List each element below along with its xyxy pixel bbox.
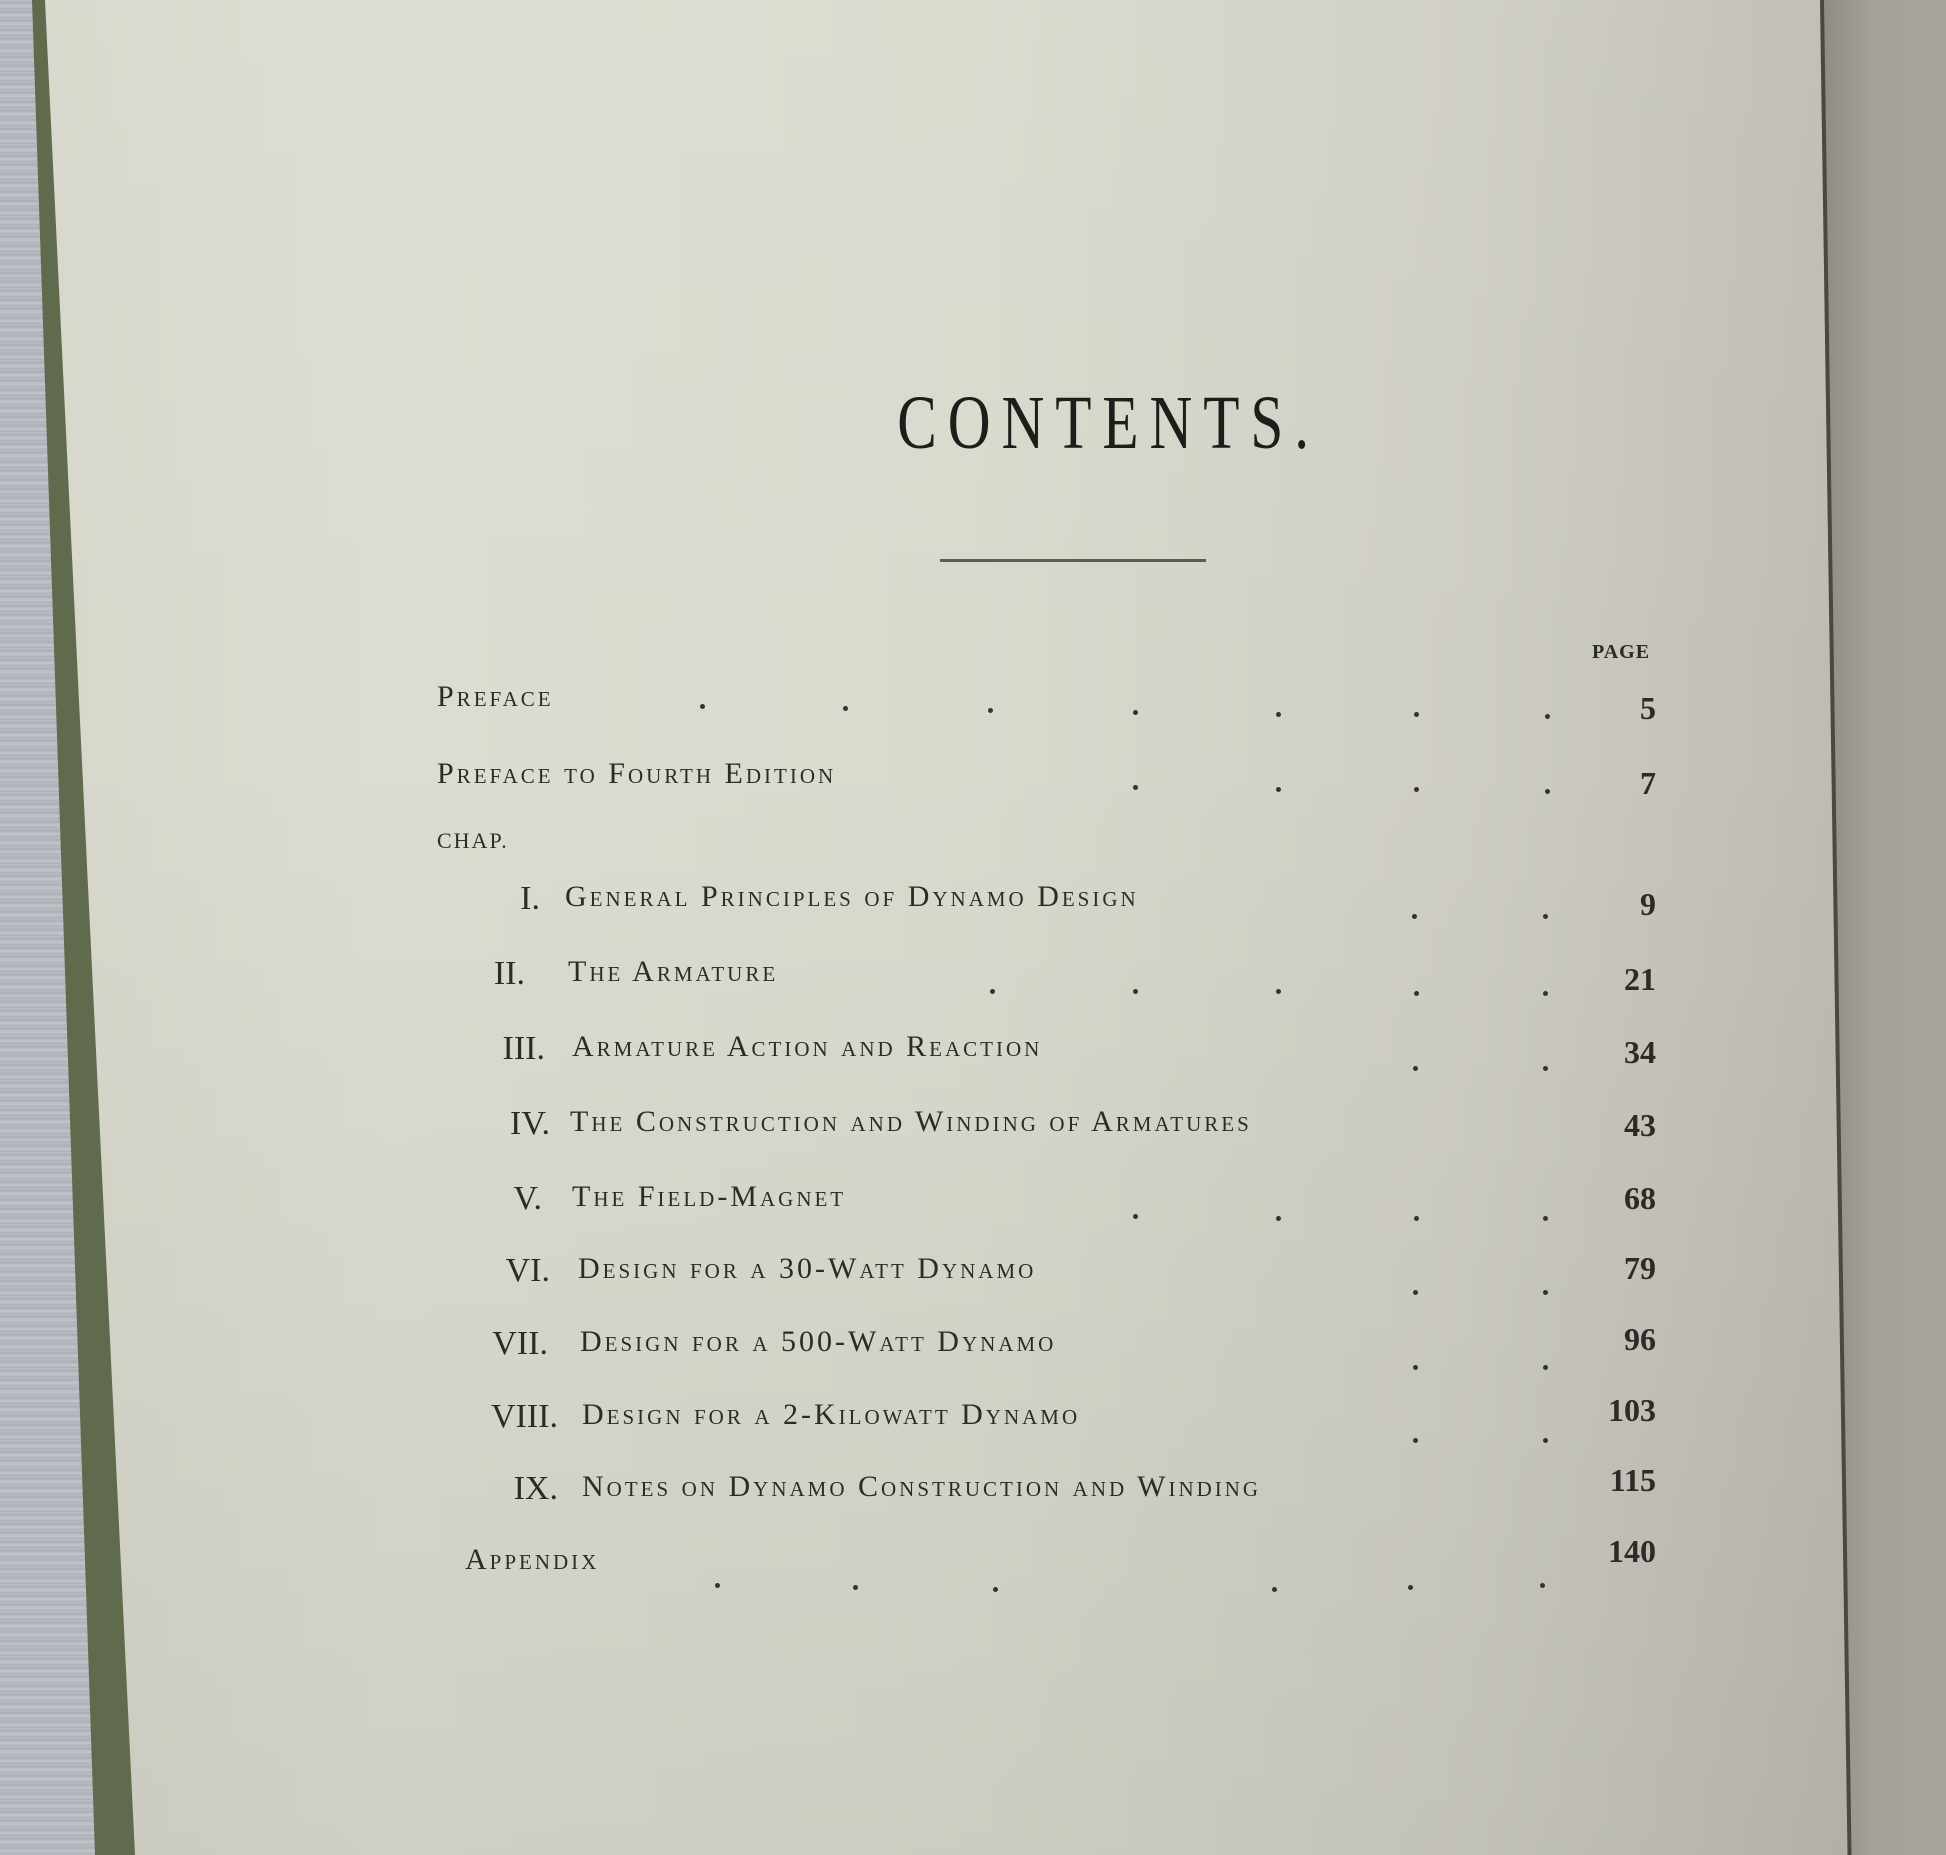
leader-dot [1408, 1585, 1413, 1590]
leader-dot [1543, 1290, 1548, 1295]
leader-dot [1413, 1365, 1418, 1370]
toc-entry-label: Design for a 2-Kilowatt Dynamo [582, 1398, 1080, 1432]
page-title: CONTENTS. [897, 380, 1232, 467]
leader-dot [1540, 1583, 1545, 1588]
toc-page-number: 140 [1560, 1533, 1656, 1570]
leader-dot [1543, 1438, 1548, 1443]
toc-entry-label: Design for a 30-Watt Dynamo [578, 1252, 1036, 1286]
toc-entry-label: The Armature [568, 955, 778, 989]
leader-dot [715, 1583, 720, 1588]
leader-dot [1133, 710, 1138, 715]
leader-dot [1545, 789, 1550, 794]
leader-dot [1543, 991, 1548, 996]
toc-page-number: 103 [1560, 1392, 1656, 1429]
leader-dot [1414, 787, 1419, 792]
toc-entry-chapter: II. The Armature 21 [0, 955, 1946, 1005]
toc-entry-label: The Field-Magnet [572, 1180, 846, 1214]
toc-entry-label: Preface to Fourth Edition [437, 757, 836, 791]
leader-dot [1413, 1066, 1418, 1071]
page-column-label: PAGE [1592, 641, 1650, 664]
chapter-numeral: VIII. [478, 1398, 558, 1436]
toc-entry-label: Preface [437, 680, 554, 714]
toc-page-number: 34 [1560, 1034, 1656, 1071]
chapter-numeral: II. [445, 955, 525, 993]
leader-dot [1414, 991, 1419, 996]
leader-dot [1543, 1066, 1548, 1071]
toc-entry-label: Armature Action and Reaction [572, 1030, 1042, 1064]
chapter-numeral: VI. [470, 1252, 550, 1290]
leader-dot [1133, 989, 1138, 994]
toc-page-number: 68 [1560, 1180, 1656, 1217]
leader-dot [1414, 712, 1419, 717]
leader-dot [1276, 1216, 1281, 1221]
toc-page-number: 9 [1560, 886, 1656, 923]
leader-dot [988, 708, 993, 713]
leader-dot [853, 1585, 858, 1590]
toc-entry-chapter: V. The Field-Magnet 68 [0, 1180, 1946, 1230]
leader-dot [1413, 1290, 1418, 1295]
leader-dot [1133, 785, 1138, 790]
leader-dot [1543, 1216, 1548, 1221]
toc-page-number: 115 [1560, 1462, 1656, 1499]
leader-dot [1413, 1438, 1418, 1443]
leader-dot [1276, 712, 1281, 717]
leader-dot [1545, 714, 1550, 719]
leader-dot [1272, 1587, 1277, 1592]
leader-dot [1276, 989, 1281, 994]
toc-entry-label: Notes on Dynamo Construction and Winding [582, 1470, 1261, 1504]
toc-page-number: 43 [1560, 1107, 1656, 1144]
leader-dot [1276, 787, 1281, 792]
leader-dot [993, 1587, 998, 1592]
leader-dot [1412, 914, 1417, 919]
toc-entry-chapter: VIII. Design for a 2-Kilowatt Dynamo 103 [0, 1398, 1946, 1448]
toc-entry-appendix: Appendix 140 [0, 1543, 1946, 1593]
toc-entry-preface: Preface 5 [0, 680, 1946, 730]
chapter-numeral: VII. [468, 1325, 548, 1363]
toc-entry-chapter: IV. The Construction and Winding of Arma… [0, 1105, 1946, 1155]
toc-entry-chapter: III. Armature Action and Reaction 34 [0, 1030, 1946, 1080]
toc-entry-preface-fourth-edition: Preface to Fourth Edition 7 [0, 757, 1946, 807]
leader-dot [1543, 1365, 1548, 1370]
toc-page-number: 79 [1560, 1250, 1656, 1287]
leader-dot [843, 706, 848, 711]
chapter-numeral: IV. [470, 1105, 550, 1143]
toc-page-number: 7 [1560, 765, 1656, 802]
toc-entry-chapter: I. General Principles of Dynamo Design 9 [0, 880, 1946, 930]
leader-dot [700, 704, 705, 709]
toc-entry-chapter: VI. Design for a 30-Watt Dynamo 79 [0, 1252, 1946, 1302]
chapter-numeral: V. [462, 1180, 542, 1218]
toc-entry-label: The Construction and Winding of Armature… [570, 1105, 1252, 1139]
toc-entry-label: Appendix [465, 1543, 599, 1577]
title-rule-divider [940, 559, 1206, 562]
chapter-column-label: CHAP. [437, 828, 509, 854]
toc-page-number: 5 [1560, 690, 1656, 727]
toc-entry-label: Design for a 500-Watt Dynamo [580, 1325, 1056, 1359]
leader-dot [1414, 1216, 1419, 1221]
toc-entry-label: General Principles of Dynamo Design [565, 880, 1139, 914]
leader-dot [1543, 914, 1548, 919]
leader-dot [990, 989, 995, 994]
toc-page-number: 96 [1560, 1321, 1656, 1358]
leader-dot [1133, 1214, 1138, 1219]
chapter-numeral: III. [465, 1030, 545, 1068]
chapter-numeral: IX. [478, 1470, 558, 1508]
toc-page-number: 21 [1560, 961, 1656, 998]
toc-entry-chapter: VII. Design for a 500-Watt Dynamo 96 [0, 1325, 1946, 1375]
toc-entry-chapter: IX. Notes on Dynamo Construction and Win… [0, 1470, 1946, 1520]
chapter-numeral: I. [460, 880, 540, 918]
